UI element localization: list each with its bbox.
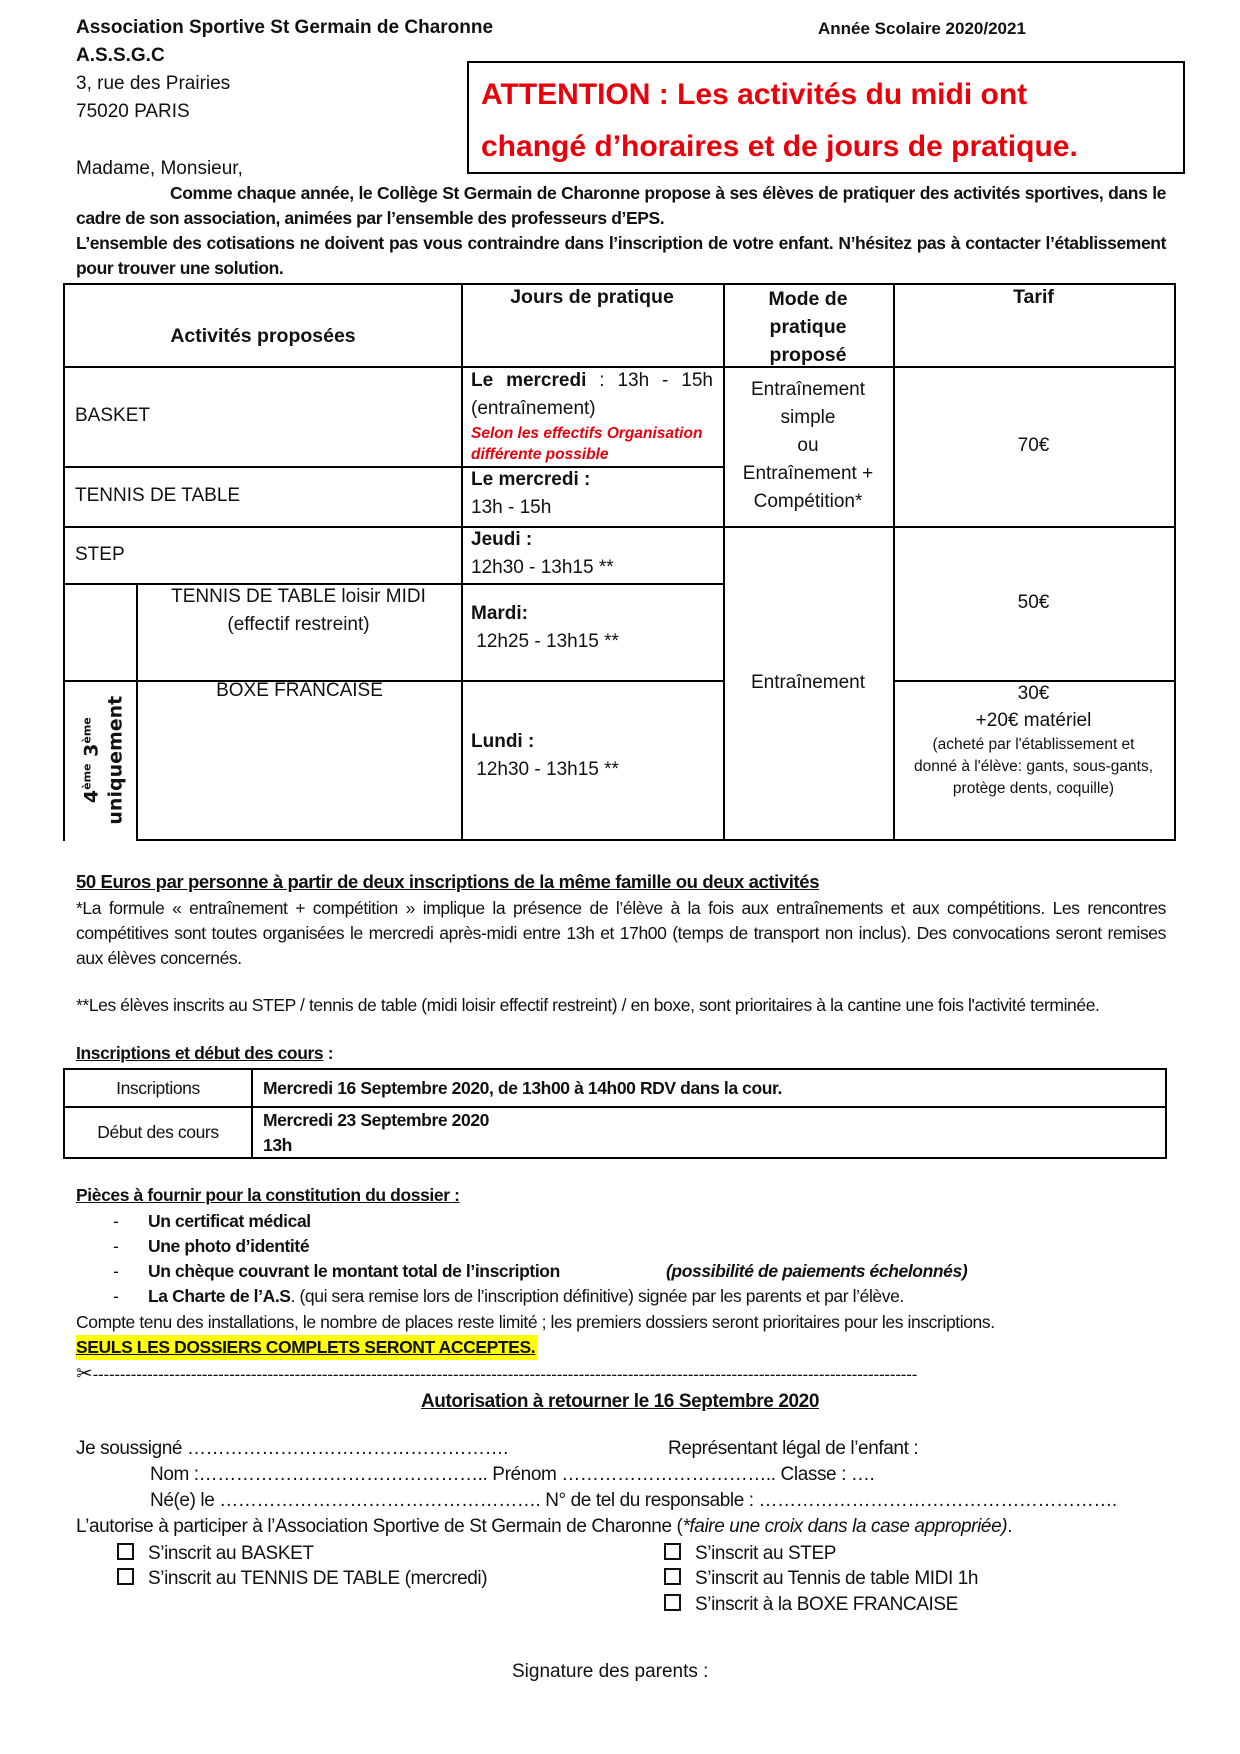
checkbox-boxe[interactable]: S’inscrit à la BOXE FRANCAISE <box>664 1594 958 1616</box>
document-name: La Charte de l’A.S <box>148 1286 291 1306</box>
activity-name: BASKET <box>75 405 150 427</box>
bullet: - <box>113 1284 118 1309</box>
price-value: 70€ <box>1018 435 1050 457</box>
row-tennis-midi-days: Mardi: 12h25 - 13h15 ** <box>461 583 725 682</box>
schedule-title-suffix: : <box>323 1043 333 1063</box>
header-price-label: Tarif <box>1013 286 1054 308</box>
header-mode: Mode de pratique proposé <box>723 283 895 368</box>
price-group-2: 50€ <box>893 526 1176 682</box>
checkbox-label: S’inscrit au BASKET <box>148 1543 314 1564</box>
documents-title: Pièces à fournir pour la constitution du… <box>76 1185 460 1206</box>
bullet: - <box>113 1259 118 1284</box>
document-name: Un certificat médical <box>148 1211 311 1231</box>
mode-line: ou <box>797 432 818 460</box>
schedule-title-text: Inscriptions et début des cours <box>76 1043 323 1063</box>
price-boxe: 30€ +20€ matériel (acheté par l'établiss… <box>893 680 1176 841</box>
day-time: 13h - 15h <box>471 494 713 522</box>
activity-name: (effectif restreint) <box>136 611 461 639</box>
organisation-note: Selon les effectifs Organisation <box>471 423 713 444</box>
checkbox-label: S’inscrit au TENNIS DE TABLE (mercredi) <box>148 1568 487 1589</box>
schedule-value-line: Mercredi 16 Septembre 2020, de 13h00 à 1… <box>263 1076 782 1101</box>
document-detail: . (qui sera remise lors de l’inscription… <box>291 1286 904 1306</box>
child-name-fields[interactable]: Nom :……………………………………….. Prénom …………………………… <box>150 1464 874 1486</box>
undersigned-field[interactable]: Je soussigné ……………………………………………. <box>76 1438 508 1460</box>
schedule-table: Inscriptions Mercredi 16 Septembre 2020,… <box>63 1068 1167 1159</box>
checkbox-label: S’inscrit au STEP <box>695 1543 836 1564</box>
row-tennis-days: Le mercredi : 13h - 15h <box>461 466 725 528</box>
checkbox-label: S’inscrit au Tennis de table MIDI 1h <box>695 1568 978 1589</box>
grade-restriction-text: uniquement <box>104 696 128 825</box>
competition-note: *La formule « entraînement + compétition… <box>76 896 1166 971</box>
document-item: -Un certificat médical <box>76 1209 1176 1234</box>
checkbox-tennis-midi[interactable]: S’inscrit au Tennis de table MIDI 1h <box>664 1568 978 1590</box>
limited-places-note: Compte tenu des installations, le nombre… <box>76 1310 1166 1335</box>
school-year: Année Scolaire 2020/2021 <box>818 19 1026 39</box>
form-title: Autorisation à retourner le 16 Septembre… <box>0 1391 1240 1413</box>
header-activities-label: Activités proposées <box>170 325 355 348</box>
header-activities: Activités proposées <box>63 283 463 368</box>
header-days: Jours de pratique <box>461 283 725 368</box>
schedule-title: Inscriptions et début des cours : <box>76 1043 333 1064</box>
complete-files-suffix: . <box>531 1337 535 1357</box>
day-label: Le mercredi <box>471 370 586 391</box>
cut-line-dashes: ----------------------------------------… <box>93 1365 918 1384</box>
schedule-value: Mercredi 16 Septembre 2020, de 13h00 à 1… <box>263 1070 782 1106</box>
form-title-text: Autorisation à retourner le 16 Septembre… <box>421 1391 819 1412</box>
price-extra: +20€ matériel <box>893 707 1174 734</box>
activities-table: Activités proposées Jours de pratique Mo… <box>63 283 1176 841</box>
attention-line-2: changé d’horaires et de jours de pratiqu… <box>481 121 1171 173</box>
schedule-value-line: 13h <box>263 1133 489 1158</box>
birth-phone-fields[interactable]: Né(e) le ……………………………………………. N° de tel du… <box>150 1490 1117 1512</box>
checkbox-label: S’inscrit à la BOXE FRANCAISE <box>695 1594 958 1615</box>
header-days-label: Jours de pratique <box>510 286 674 308</box>
checkbox-step[interactable]: S’inscrit au STEP <box>664 1543 836 1565</box>
schedule-value: Mercredi 23 Septembre 2020 13h <box>263 1108 489 1157</box>
day-label: Le mercredi : <box>471 466 713 494</box>
authorization-statement: L’autorise à participer à l’Association … <box>76 1516 1012 1538</box>
address-line-2: 75020 PARIS <box>76 101 190 123</box>
document-item: -Un chèque couvrant le montant total de … <box>76 1259 1176 1284</box>
intro-paragraph-1: Comme chaque année, le Collège St Germai… <box>76 181 1166 231</box>
grade-levels: 4ème 3ème <box>75 696 103 825</box>
checkbox-basket[interactable]: S’inscrit au BASKET <box>117 1543 314 1565</box>
documents-list: -Un certificat médical -Une photo d’iden… <box>76 1209 1176 1309</box>
mode-line: Entraînement <box>751 376 865 404</box>
activity-name: TENNIS DE TABLE loisir MIDI <box>136 583 461 611</box>
activity-name: TENNIS DE TABLE <box>75 485 240 507</box>
row-tennis-midi-activity: TENNIS DE TABLE loisir MIDI (effectif re… <box>136 583 463 682</box>
header-price: Tarif <box>893 283 1176 368</box>
cut-line: ✂---------------------------------------… <box>76 1361 917 1386</box>
association-abbreviation: A.S.S.G.C <box>76 45 165 67</box>
checkbox-icon[interactable] <box>664 1594 681 1611</box>
document-item: -La Charte de l’A.S. (qui sera remise lo… <box>76 1284 1176 1309</box>
checkbox-tennis-wednesday[interactable]: S’inscrit au TENNIS DE TABLE (mercredi) <box>117 1568 487 1590</box>
day-label: Lundi : <box>471 728 713 756</box>
row-step-activity: STEP <box>63 526 463 585</box>
mode-line: Entraînement <box>751 672 865 694</box>
scissors-icon: ✂ <box>76 1363 93 1385</box>
checkbox-icon[interactable] <box>664 1543 681 1560</box>
attention-line-1: ATTENTION : Les activités du midi ont <box>481 69 1171 121</box>
payment-note: (possibilité de paiements échelonnés) <box>666 1259 967 1284</box>
legal-representative-label: Représentant légal de l’enfant : <box>668 1438 918 1460</box>
intro-text: Comme chaque année, le Collège St Germai… <box>76 181 1166 281</box>
organisation-note: différente possible <box>471 444 713 465</box>
price-value: 30€ <box>893 680 1174 707</box>
price-detail: (acheté par l'établissement et <box>893 734 1174 756</box>
attention-notice: ATTENTION : Les activités du midi ont ch… <box>467 61 1185 174</box>
price-detail: protège dents, coquille) <box>893 778 1174 800</box>
document-name: Une photo d’identité <box>148 1236 309 1256</box>
mode-line: simple <box>781 404 836 432</box>
row-basket-activity: BASKET <box>63 366 463 468</box>
checkbox-icon[interactable] <box>117 1543 134 1560</box>
schedule-value-line: Mercredi 23 Septembre 2020 <box>263 1108 489 1133</box>
document-name: Un chèque couvrant le montant total de l… <box>148 1261 560 1281</box>
mode-line: Entraînement + <box>743 460 873 488</box>
address-line-1: 3, rue des Prairies <box>76 73 230 95</box>
mode-group-1: Entraînement simple ou Entraînement + Co… <box>723 366 895 528</box>
bullet: - <box>113 1234 118 1259</box>
day-time: : 13h - 15h <box>586 370 713 391</box>
salutation: Madame, Monsieur, <box>76 158 243 180</box>
association-name: Association Sportive St Germain de Charo… <box>76 17 493 39</box>
mode-line: Compétition* <box>754 488 863 516</box>
activity-name: STEP <box>75 544 125 566</box>
checkbox-icon[interactable] <box>664 1568 681 1585</box>
activity-name: BOXE FRANCAISE <box>216 680 383 701</box>
row-tennis-midi-side <box>63 583 138 682</box>
header-mode-line: pratique <box>723 313 893 341</box>
price-detail: donné à l'élève: gants, sous-gants, <box>893 756 1174 778</box>
bullet: - <box>113 1209 118 1234</box>
row-boxe-days: Lundi : 12h30 - 13h15 ** <box>461 680 725 841</box>
header-mode-line: Mode de <box>723 285 893 313</box>
schedule-row: Inscriptions Mercredi 16 Septembre 2020,… <box>65 1070 1165 1108</box>
authorization-instruction: *faire une croix dans la case appropriée… <box>682 1516 1007 1537</box>
row-step-days: Jeudi : 12h30 - 13h15 ** <box>461 526 725 585</box>
complete-files-warning: SEULS LES DOSSIERS COMPLETS SERONT ACCEP… <box>76 1335 537 1360</box>
schedule-label: Début des cours <box>65 1108 253 1157</box>
authorization-text: L’autorise à participer à l’Association … <box>76 1516 682 1537</box>
day-time: 12h30 - 13h15 ** <box>471 554 713 582</box>
day-time: 12h30 - 13h15 ** <box>471 756 713 784</box>
day-time: 12h25 - 13h15 ** <box>471 628 713 656</box>
grade-restriction-label: 4ème 3ème uniquement <box>65 680 138 841</box>
row-boxe-activity: BOXE FRANCAISE <box>136 680 463 841</box>
row-tennis-activity: TENNIS DE TABLE <box>63 466 463 528</box>
schedule-label: Inscriptions <box>65 1070 253 1106</box>
price-group-1: 70€ <box>893 366 1176 528</box>
row-basket-days: Le mercredi : 13h - 15h (entraînement) S… <box>461 366 725 468</box>
canteen-note: **Les élèves inscrits au STEP / tennis d… <box>76 993 1166 1018</box>
document-item: -Une photo d’identité <box>76 1234 1176 1259</box>
day-label: Mardi: <box>471 600 713 628</box>
schedule-row: Début des cours Mercredi 23 Septembre 20… <box>65 1108 1165 1157</box>
price-value: 50€ <box>1018 592 1050 614</box>
day-label: Jeudi : <box>471 526 713 554</box>
day-extra: (entraînement) <box>471 395 713 423</box>
mode-group-2: Entraînement <box>723 526 895 841</box>
complete-files-text: SEULS LES DOSSIERS COMPLETS SERONT ACCEP… <box>76 1337 531 1357</box>
parent-signature-label: Signature des parents : <box>512 1661 708 1683</box>
checkbox-icon[interactable] <box>117 1568 134 1585</box>
header-mode-line: proposé <box>723 341 893 369</box>
row-boxe-side: 4ème 3ème uniquement <box>63 680 138 841</box>
family-discount-note: 50 Euros par personne à partir de deux i… <box>76 871 819 893</box>
authorization-suffix: . <box>1007 1516 1012 1537</box>
intro-paragraph-2: L’ensemble des cotisations ne doivent pa… <box>76 231 1166 281</box>
